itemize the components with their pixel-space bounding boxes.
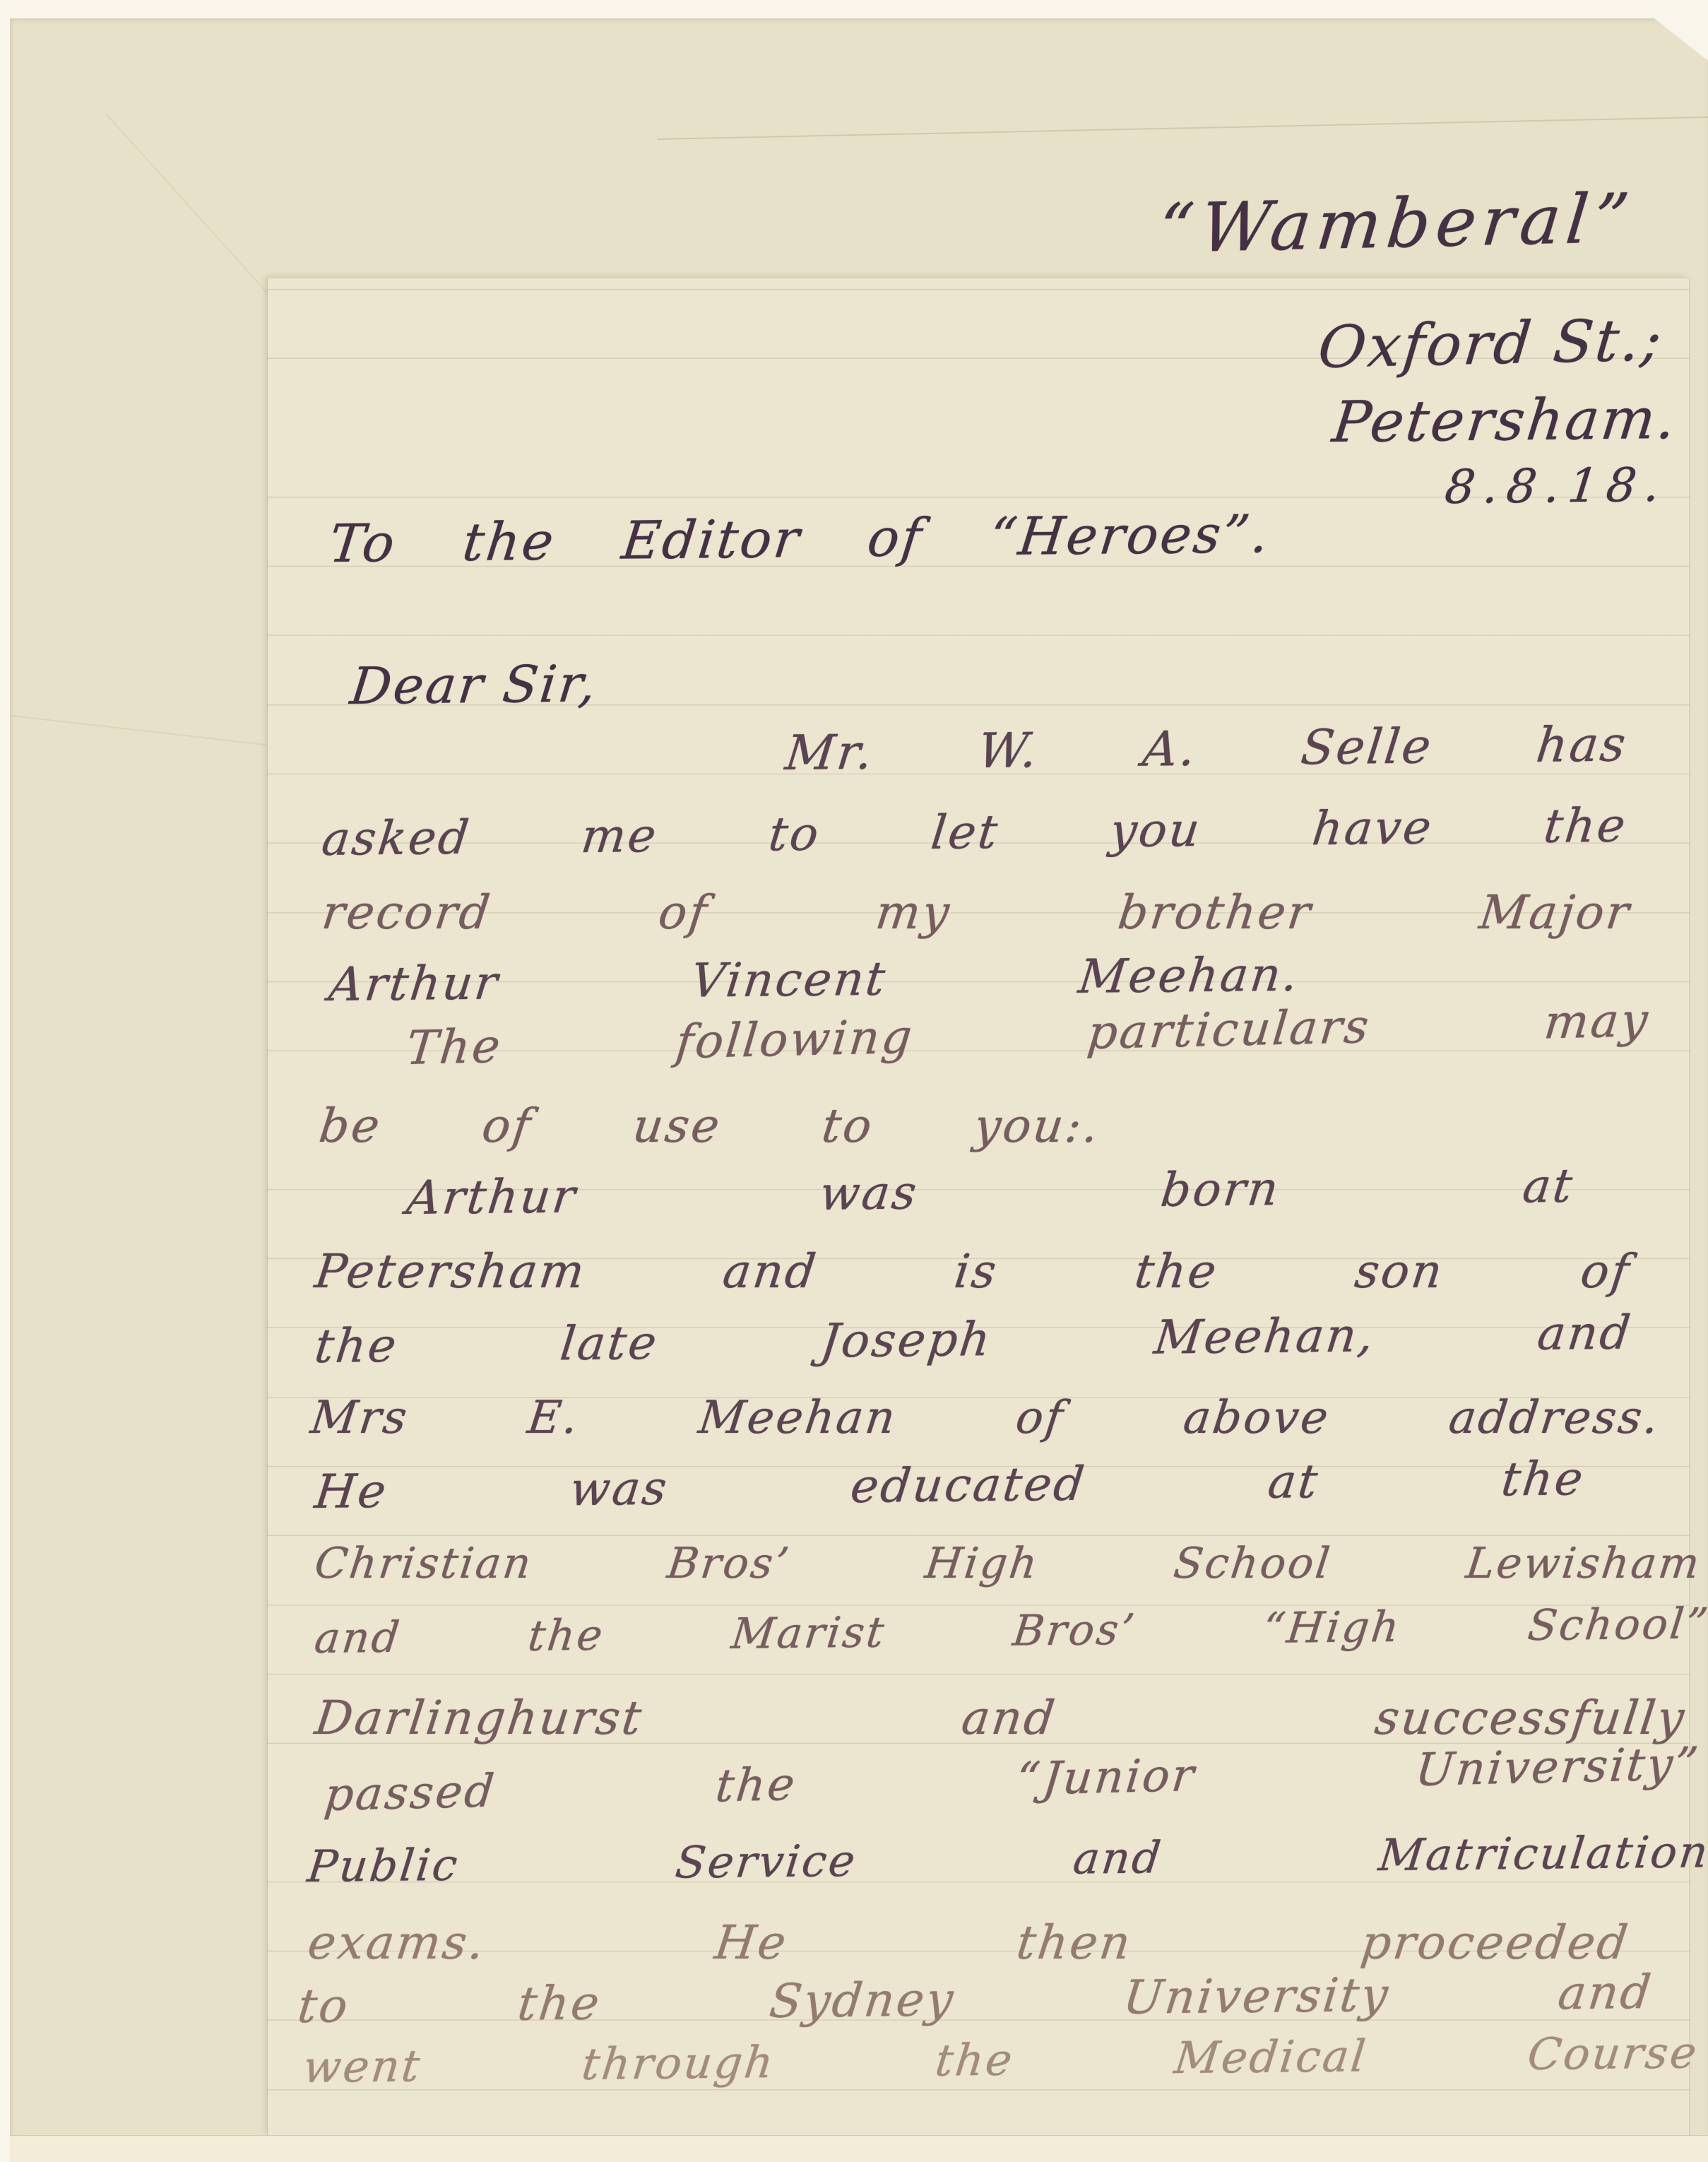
heading-date: 8.8.18. (1442, 460, 1671, 514)
body-line-10: Mrs E. Meehan of above address. (308, 1393, 1663, 1443)
body-line-4: Arthur Vincent Meehan. (326, 950, 1303, 1011)
recipient-line: To the Editor of “Heroes”. (326, 506, 1274, 573)
salutation: Dear Sir, (348, 656, 601, 714)
body-line-14: Darlinghurst and successfully (312, 1693, 1689, 1744)
body-line-7: Arthur was born at (404, 1161, 1577, 1224)
body-line-3: record of my brother Major (319, 887, 1634, 939)
body-line-6: be of use to you:. (316, 1101, 1103, 1152)
heading-street: Oxford St.; (1315, 309, 1666, 380)
body-line-12: Christian Bros’ High School Lewisham (312, 1540, 1704, 1587)
body-line-17: exams. He then proceeded (305, 1918, 1632, 1969)
heading-house-name: “Wamberal” (1155, 182, 1638, 267)
heading-locality: Petersham. (1329, 388, 1680, 454)
body-line-8: Petersham and is the son of (312, 1246, 1634, 1298)
body-line-1: Mr. W. A. Selle has (783, 719, 1630, 781)
sheet-bottom-edge (10, 2135, 1708, 2162)
letter-scan: “Wamberal” Oxford St.; Petersham. 8.8.18… (0, 0, 1708, 2162)
